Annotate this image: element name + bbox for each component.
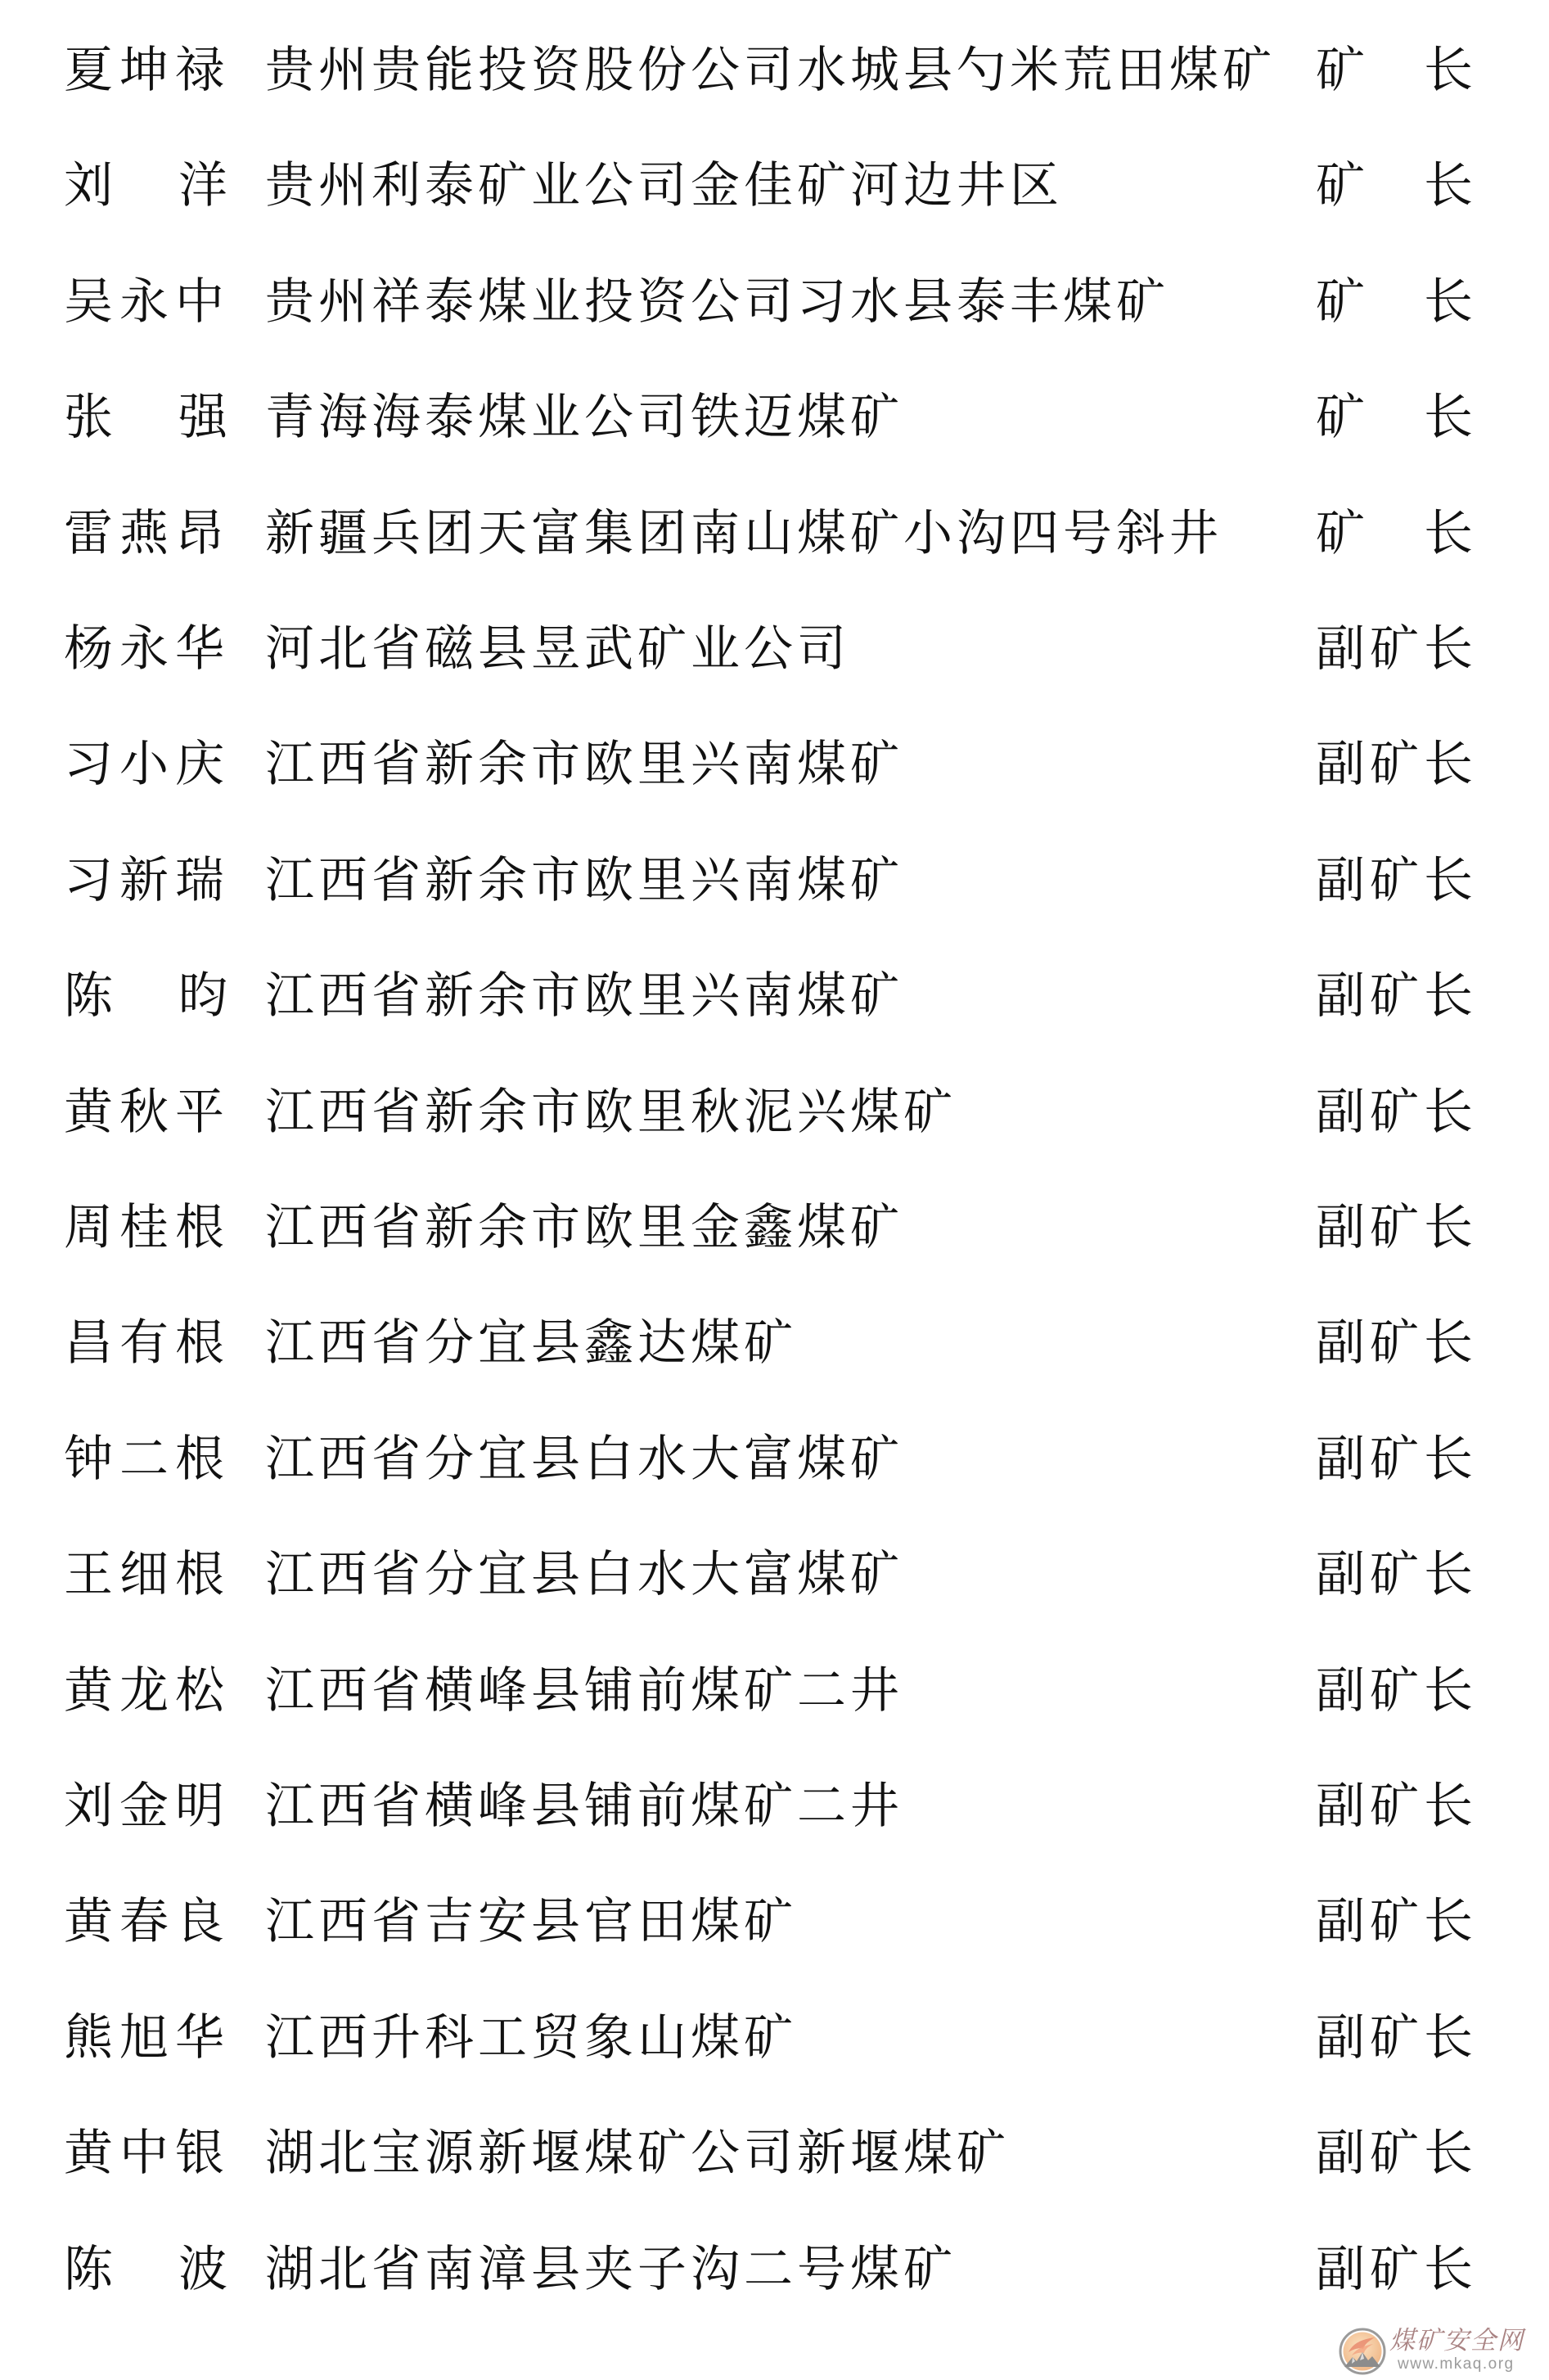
company-name: 贵州利泰矿业公司金佳矿河边井区 xyxy=(265,153,1063,219)
company-name: 贵州贵能投资股份公司水城县勺米荒田煤矿 xyxy=(265,38,1276,103)
job-title-char: 矿 xyxy=(1370,2237,1419,2302)
job-title: 矿长 xyxy=(1316,501,1473,566)
job-title-char: 副 xyxy=(1316,848,1365,913)
person-name-char: 熊 xyxy=(64,2005,113,2071)
job-title: 矿长 xyxy=(1316,153,1473,219)
person-name-char: 华 xyxy=(175,616,224,682)
list-item: 黄龙松江西省横峰县铺前煤矿二井副矿长 xyxy=(0,1658,1549,1724)
job-title-char: 矿 xyxy=(1370,1889,1419,1954)
job-title-char: 长 xyxy=(1424,1080,1473,1145)
job-title-char: 矿 xyxy=(1316,501,1365,566)
job-title-char: 矿 xyxy=(1370,1542,1419,1607)
job-title-char: 矿 xyxy=(1370,1427,1419,1492)
job-title-char: 长 xyxy=(1424,2005,1473,2071)
job-title-char: 副 xyxy=(1316,1542,1365,1607)
job-title-char: 长 xyxy=(1424,1310,1473,1376)
person-name: 刘洋 xyxy=(64,153,227,219)
person-name-char: 杨 xyxy=(64,616,113,682)
person-name: 黄秋平 xyxy=(64,1080,224,1145)
person-name-char: 中 xyxy=(119,2121,169,2186)
person-name-char: 龙 xyxy=(119,1658,169,1724)
person-name: 黄龙松 xyxy=(64,1658,224,1724)
person-name-char: 银 xyxy=(175,2121,224,2186)
list-item: 雷燕昂新疆兵团天富集团南山煤矿小沟四号斜井矿长 xyxy=(0,501,1549,566)
person-name: 周桂根 xyxy=(64,1195,224,1260)
job-title: 矿长 xyxy=(1316,269,1473,335)
job-title-char: 长 xyxy=(1424,38,1473,103)
list-item: 刘金明江西省横峰县铺前煤矿二井副矿长 xyxy=(0,1774,1549,1839)
list-item: 习小庆江西省新余市欧里兴南煤矿副矿长 xyxy=(0,732,1549,797)
person-name: 习小庆 xyxy=(64,732,224,797)
list-item: 习新瑞江西省新余市欧里兴南煤矿副矿长 xyxy=(0,848,1549,913)
job-title-char: 副 xyxy=(1316,1427,1365,1492)
job-title-char: 矿 xyxy=(1370,1080,1419,1145)
person-name-char: 春 xyxy=(119,1889,169,1954)
company-name: 江西省分宜县鑫达煤矿 xyxy=(265,1310,797,1376)
site-watermark: 煤矿安全网 www.mkaq.org xyxy=(1339,2326,1543,2377)
person-name-char: 良 xyxy=(175,1889,224,1954)
job-title: 副矿长 xyxy=(1316,1427,1473,1492)
company-name: 江西省新余市欧里秋泥兴煤矿 xyxy=(265,1080,957,1145)
person-name-char: 刘 xyxy=(64,153,113,219)
job-title-char: 副 xyxy=(1316,616,1365,682)
person-name-char: 昀 xyxy=(178,963,227,1029)
job-title: 副矿长 xyxy=(1316,1542,1473,1607)
company-name: 青海海泰煤业公司铁迈煤矿 xyxy=(265,385,903,450)
person-name: 张强 xyxy=(64,385,227,450)
person-name: 黄中银 xyxy=(64,2121,224,2186)
person-name-char: 黄 xyxy=(64,1658,113,1724)
list-item: 夏坤禄贵州贵能投资股份公司水城县勺米荒田煤矿矿长 xyxy=(0,38,1549,103)
person-name-char: 昌 xyxy=(64,1310,113,1376)
person-name: 杨永华 xyxy=(64,616,224,682)
job-title-char: 长 xyxy=(1424,1195,1473,1260)
company-name: 江西升科工贸象山煤矿 xyxy=(265,2005,797,2071)
job-title-char: 长 xyxy=(1424,2121,1473,2186)
list-item: 昌有根江西省分宜县鑫达煤矿副矿长 xyxy=(0,1310,1549,1376)
person-name-char: 中 xyxy=(175,269,224,335)
job-title-char: 副 xyxy=(1316,1774,1365,1839)
job-title-char: 矿 xyxy=(1370,2121,1419,2186)
company-name: 江西省吉安县官田煤矿 xyxy=(265,1889,797,1954)
person-name-char: 刘 xyxy=(64,1774,113,1839)
list-item: 黄中银湖北宝源新堰煤矿公司新堰煤矿副矿长 xyxy=(0,2121,1549,2186)
person-name-char: 黄 xyxy=(64,1889,113,1954)
job-title-char: 矿 xyxy=(1316,38,1365,103)
company-name: 江西省横峰县铺前煤矿二井 xyxy=(265,1774,903,1839)
company-name: 江西省分宜县白水大富煤矿 xyxy=(265,1542,903,1607)
person-name-char: 根 xyxy=(175,1542,224,1607)
person-name-char: 吴 xyxy=(64,269,113,335)
job-title-char: 副 xyxy=(1316,2121,1365,2186)
person-name-char: 黄 xyxy=(64,1080,113,1145)
job-title: 副矿长 xyxy=(1316,1889,1473,1954)
person-name-char: 根 xyxy=(175,1310,224,1376)
job-title-char: 矿 xyxy=(1370,732,1419,797)
list-item: 杨永华河北省磁县昱武矿业公司副矿长 xyxy=(0,616,1549,682)
job-title-char: 长 xyxy=(1424,1427,1473,1492)
job-title-char: 长 xyxy=(1424,501,1473,566)
person-name: 昌有根 xyxy=(64,1310,224,1376)
job-title: 副矿长 xyxy=(1316,1658,1473,1724)
job-title-char: 矿 xyxy=(1370,616,1419,682)
job-title-char: 矿 xyxy=(1370,2005,1419,2071)
job-title-char: 矿 xyxy=(1316,385,1365,450)
list-item: 陈昀江西省新余市欧里兴南煤矿副矿长 xyxy=(0,963,1549,1029)
person-name: 黄春良 xyxy=(64,1889,224,1954)
job-title-char: 矿 xyxy=(1370,1774,1419,1839)
job-title-char: 长 xyxy=(1424,1889,1473,1954)
person-name-char: 陈 xyxy=(64,2237,113,2302)
list-item: 王细根江西省分宜县白水大富煤矿副矿长 xyxy=(0,1542,1549,1607)
company-name: 河北省磁县昱武矿业公司 xyxy=(265,616,850,682)
list-item: 熊旭华江西升科工贸象山煤矿副矿长 xyxy=(0,2005,1549,2071)
person-name-char: 波 xyxy=(178,2237,227,2302)
person-name-char: 周 xyxy=(64,1195,113,1260)
job-title: 副矿长 xyxy=(1316,1195,1473,1260)
list-item: 黄春良江西省吉安县官田煤矿副矿长 xyxy=(0,1889,1549,1954)
company-name: 江西省新余市欧里兴南煤矿 xyxy=(265,963,903,1029)
company-name: 贵州祥泰煤业投资公司习水县泰丰煤矿 xyxy=(265,269,1169,335)
job-title-char: 矿 xyxy=(1370,1195,1419,1260)
person-name-char: 张 xyxy=(64,385,113,450)
person-name: 夏坤禄 xyxy=(64,38,224,103)
job-title: 副矿长 xyxy=(1316,848,1473,913)
person-name: 陈波 xyxy=(64,2237,227,2302)
person-name-char: 习 xyxy=(64,848,113,913)
person-name-char: 金 xyxy=(119,1774,169,1839)
job-title-char: 长 xyxy=(1424,848,1473,913)
job-title-char: 副 xyxy=(1316,2005,1365,2071)
person-name: 熊旭华 xyxy=(64,2005,224,2071)
person-name-char: 秋 xyxy=(119,1080,169,1145)
person-name-char: 昂 xyxy=(175,501,224,566)
person-name-char: 根 xyxy=(175,1195,224,1260)
person-name-char: 永 xyxy=(119,616,169,682)
company-name: 江西省横峰县铺前煤矿二井 xyxy=(265,1658,903,1724)
job-title: 副矿长 xyxy=(1316,616,1473,682)
list-item: 钟二根江西省分宜县白水大富煤矿副矿长 xyxy=(0,1427,1549,1492)
job-title: 副矿长 xyxy=(1316,1310,1473,1376)
job-title: 副矿长 xyxy=(1316,1080,1473,1145)
person-name: 刘金明 xyxy=(64,1774,224,1839)
job-title-char: 长 xyxy=(1424,1542,1473,1607)
person-name-char: 细 xyxy=(119,1542,169,1607)
list-item: 陈波湖北省南漳县夹子沟二号煤矿副矿长 xyxy=(0,2237,1549,2302)
person-name-char: 松 xyxy=(175,1658,224,1724)
job-title-char: 长 xyxy=(1424,153,1473,219)
company-name: 江西省新余市欧里金鑫煤矿 xyxy=(265,1195,903,1260)
job-title-char: 副 xyxy=(1316,1658,1365,1724)
job-title-char: 矿 xyxy=(1370,848,1419,913)
person-name-char: 燕 xyxy=(119,501,169,566)
job-title-char: 矿 xyxy=(1316,153,1365,219)
mountain-flame-logo-icon xyxy=(1339,2328,1386,2375)
job-title: 副矿长 xyxy=(1316,2005,1473,2071)
job-title-char: 副 xyxy=(1316,732,1365,797)
company-name: 新疆兵团天富集团南山煤矿小沟四号斜井 xyxy=(265,501,1223,566)
person-name-char: 明 xyxy=(175,1774,224,1839)
person-name: 陈昀 xyxy=(64,963,227,1029)
person-name-char: 庆 xyxy=(175,732,224,797)
company-name: 湖北省南漳县夹子沟二号煤矿 xyxy=(265,2237,957,2302)
company-name: 湖北宝源新堰煤矿公司新堰煤矿 xyxy=(265,2121,1010,2186)
list-item: 吴永中贵州祥泰煤业投资公司习水县泰丰煤矿矿长 xyxy=(0,269,1549,335)
job-title: 副矿长 xyxy=(1316,963,1473,1029)
watermark-title: 煤矿安全网 xyxy=(1389,2326,1524,2355)
job-title-char: 矿 xyxy=(1370,1658,1419,1724)
person-name-char: 华 xyxy=(175,2005,224,2071)
person-name-char: 新 xyxy=(119,848,169,913)
job-title-char: 副 xyxy=(1316,1889,1365,1954)
person-name-char: 二 xyxy=(119,1427,169,1492)
person-name-char: 桂 xyxy=(119,1195,169,1260)
list-item: 周桂根江西省新余市欧里金鑫煤矿副矿长 xyxy=(0,1195,1549,1260)
person-name: 钟二根 xyxy=(64,1427,224,1492)
company-name: 江西省新余市欧里兴南煤矿 xyxy=(265,848,903,913)
job-title: 副矿长 xyxy=(1316,732,1473,797)
person-name-char: 雷 xyxy=(64,501,113,566)
job-title-char: 副 xyxy=(1316,1080,1365,1145)
person-name-char: 瑞 xyxy=(175,848,224,913)
job-title-char: 副 xyxy=(1316,2237,1365,2302)
job-title-char: 副 xyxy=(1316,1310,1365,1376)
job-title-char: 长 xyxy=(1424,269,1473,335)
job-title-char: 长 xyxy=(1424,1774,1473,1839)
company-name: 江西省分宜县白水大富煤矿 xyxy=(265,1427,903,1492)
job-title: 矿长 xyxy=(1316,38,1473,103)
job-title-char: 长 xyxy=(1424,2237,1473,2302)
job-title-char: 副 xyxy=(1316,963,1365,1029)
job-title: 副矿长 xyxy=(1316,2237,1473,2302)
person-name-char: 永 xyxy=(119,269,169,335)
job-title-char: 矿 xyxy=(1370,963,1419,1029)
person-name-char: 陈 xyxy=(64,963,113,1029)
job-title-char: 长 xyxy=(1424,385,1473,450)
person-name-char: 夏 xyxy=(64,38,113,103)
person-name: 吴永中 xyxy=(64,269,224,335)
company-name: 江西省新余市欧里兴南煤矿 xyxy=(265,732,903,797)
person-name-char: 小 xyxy=(119,732,169,797)
person-name-char: 强 xyxy=(178,385,227,450)
person-name-char: 王 xyxy=(64,1542,113,1607)
person-name-char: 有 xyxy=(119,1310,169,1376)
person-name-char: 习 xyxy=(64,732,113,797)
person-name-char: 钟 xyxy=(64,1427,113,1492)
personnel-list-document: 夏坤禄贵州贵能投资股份公司水城县勺米荒田煤矿矿长刘洋贵州利泰矿业公司金佳矿河边井… xyxy=(0,0,1549,2380)
job-title: 矿长 xyxy=(1316,385,1473,450)
person-name: 雷燕昂 xyxy=(64,501,224,566)
person-name-char: 黄 xyxy=(64,2121,113,2186)
person-name-char: 坤 xyxy=(119,38,169,103)
job-title-char: 长 xyxy=(1424,616,1473,682)
job-title-char: 长 xyxy=(1424,963,1473,1029)
list-item: 黄秋平江西省新余市欧里秋泥兴煤矿副矿长 xyxy=(0,1080,1549,1145)
job-title: 副矿长 xyxy=(1316,1774,1473,1839)
job-title-char: 矿 xyxy=(1316,269,1365,335)
list-item: 刘洋贵州利泰矿业公司金佳矿河边井区矿长 xyxy=(0,153,1549,219)
person-name-char: 根 xyxy=(175,1427,224,1492)
person-name-char: 洋 xyxy=(178,153,227,219)
job-title-char: 长 xyxy=(1424,1658,1473,1724)
person-name: 王细根 xyxy=(64,1542,224,1607)
job-title-char: 矿 xyxy=(1370,1310,1419,1376)
person-name-char: 旭 xyxy=(119,2005,169,2071)
person-name-char: 平 xyxy=(175,1080,224,1145)
job-title-char: 长 xyxy=(1424,732,1473,797)
person-name: 习新瑞 xyxy=(64,848,224,913)
person-name-char: 禄 xyxy=(175,38,224,103)
job-title: 副矿长 xyxy=(1316,2121,1473,2186)
job-title-char: 副 xyxy=(1316,1195,1365,1260)
watermark-url: www.mkaq.org xyxy=(1398,2355,1515,2373)
list-item: 张强青海海泰煤业公司铁迈煤矿矿长 xyxy=(0,385,1549,450)
